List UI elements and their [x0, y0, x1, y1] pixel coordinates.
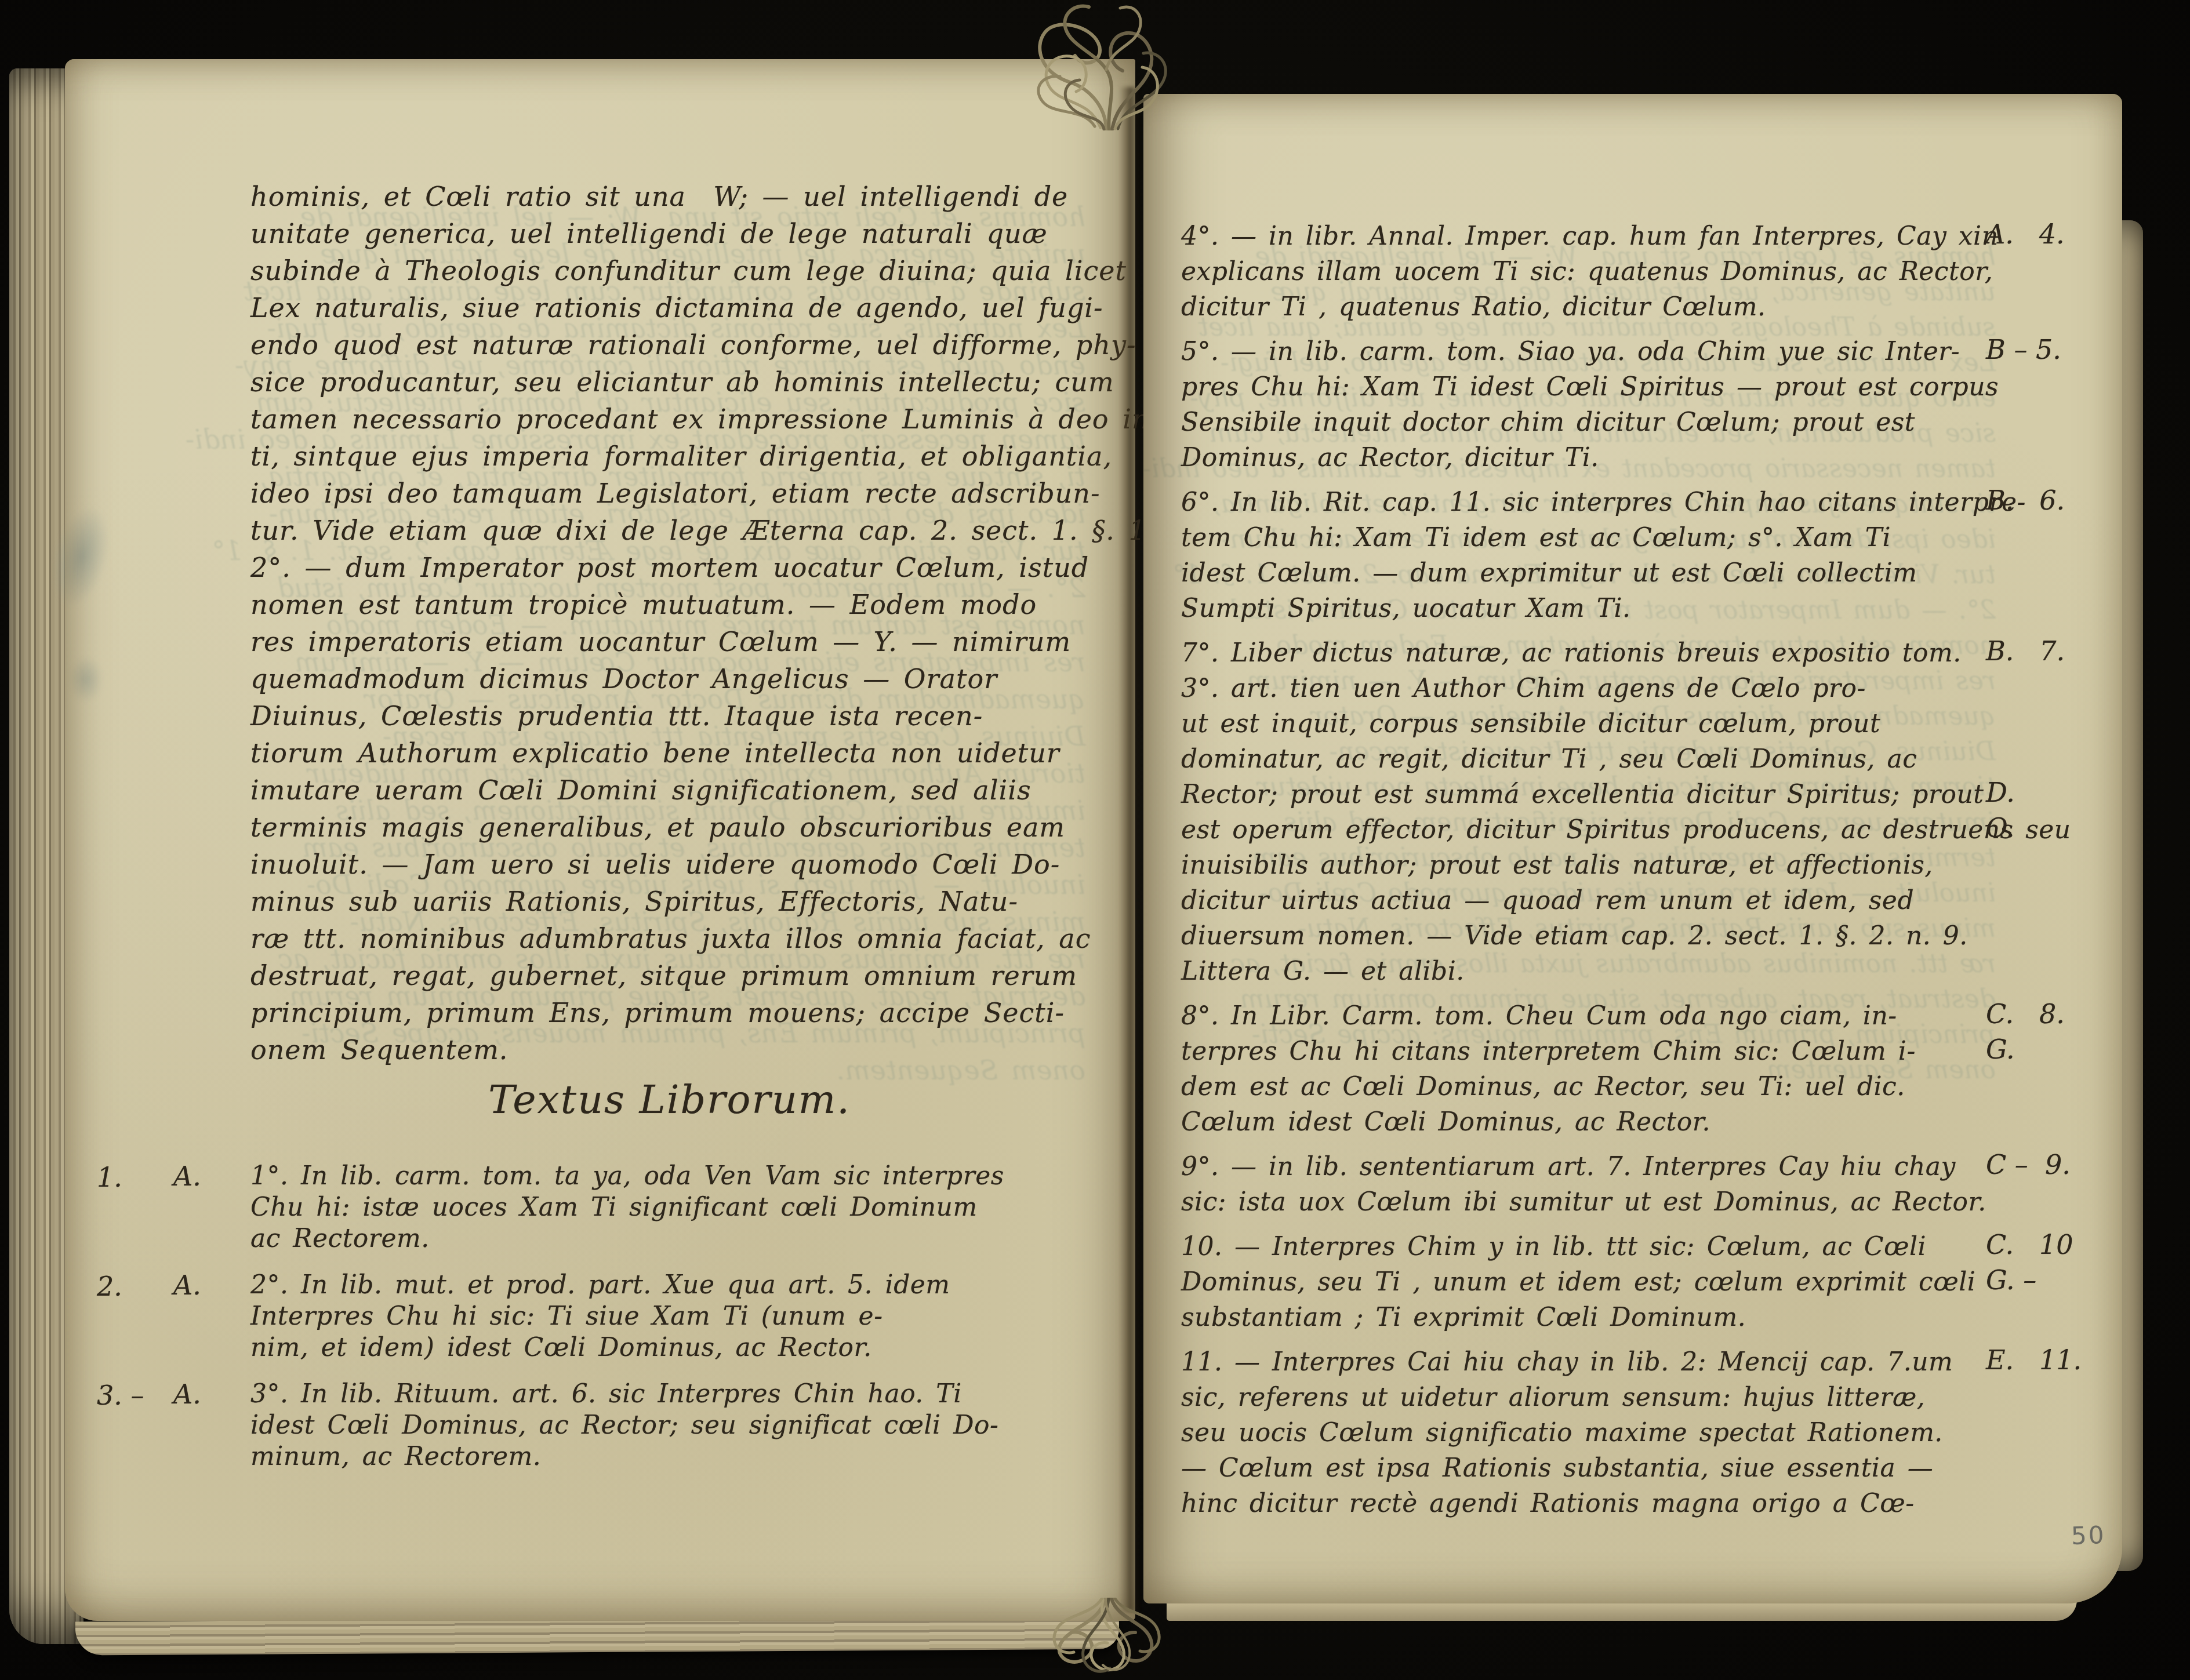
entry-text: 4°. — in libr. Annal. Imper. cap. hum fa… — [1181, 219, 1993, 325]
list-item-text: 1°. In lib. carm. tom. ta ya, oda Ven Va… — [250, 1161, 1094, 1254]
margin-letter: A. — [173, 1161, 201, 1192]
entry-text: 9°. — in lib. sententiarum art. 7. Inter… — [1181, 1149, 1993, 1220]
bottom-page-edges-left — [75, 1616, 1119, 1656]
paper-stain-small — [68, 656, 103, 703]
entry-text: 7°. Liber dictus naturæ, ac rationis bre… — [1181, 635, 1993, 989]
margin-number: 3. – — [97, 1380, 144, 1411]
margin-annotation: G. – — [1986, 1264, 2125, 1296]
margin-annotation: A. 4. — [1986, 219, 2125, 250]
entry-7: 7°. Liber dictus naturæ, ac rationis bre… — [1181, 635, 1993, 989]
margin-letter: A. — [173, 1379, 201, 1410]
entry-8: 8°. In Libr. Carm. tom. Cheu Cum oda ngo… — [1181, 998, 1993, 1140]
entry-text: 10. — Interpres Chim y in lib. ttt sic: … — [1181, 1229, 1993, 1335]
manuscript-book-scan: hominis, et Cœli ratio sit una W; — uel … — [0, 0, 2190, 1680]
margin-annotation: B – 5. — [1986, 334, 2125, 365]
right-page: hominis, et Cœli ratio sit una W; — uel … — [1143, 94, 2122, 1603]
margin-number: 1. — [97, 1162, 122, 1193]
entry-text: 11. — Interpres Cai hiu chay in lib. 2: … — [1181, 1344, 1993, 1521]
pencil-page-number: 50 — [2071, 1521, 2106, 1550]
left-page: hominis, et Cœli ratio sit una W; — uel … — [65, 59, 1135, 1621]
list-item-text: 3°. In lib. Rituum. art. 6. sic Interpre… — [250, 1379, 1094, 1472]
margin-annotation: B. 6. — [1986, 485, 2125, 516]
list-item-text: 2°. In lib. mut. et prod. part. Xue qua … — [250, 1270, 1094, 1363]
margin-annotation: O. — [1986, 812, 2125, 843]
margin-number: 2. — [97, 1271, 122, 1302]
section-heading: Textus Librorum. — [250, 1077, 1088, 1123]
left-page-numbered-list: 1. A. 1°. In lib. carm. tom. ta ya, oda … — [97, 1161, 1094, 1488]
list-item: 1. A. 1°. In lib. carm. tom. ta ya, oda … — [97, 1161, 1094, 1254]
entry-text: 6°. In lib. Rit. cap. 11. sic interpres … — [1181, 485, 1993, 626]
entry-9: 9°. — in lib. sententiarum art. 7. Inter… — [1181, 1149, 1993, 1220]
entry-11: 11. — Interpres Cai hiu chay in lib. 2: … — [1181, 1344, 1993, 1521]
left-page-body-text: hominis, et Cœli ratio sit una W; — uel … — [250, 178, 1097, 1068]
list-item: 3. – A. 3°. In lib. Rituum. art. 6. sic … — [97, 1379, 1094, 1472]
margin-annotation: C. 8. — [1986, 998, 2125, 1030]
binding-gutter-crease — [1119, 87, 1139, 1612]
margin-annotation: B. 7. — [1986, 635, 2125, 667]
entry-6: 6°. In lib. Rit. cap. 11. sic interpres … — [1181, 485, 1993, 626]
entry-text: 8°. In Libr. Carm. tom. Cheu Cum oda ngo… — [1181, 998, 1993, 1140]
list-item: 2. A. 2°. In lib. mut. et prod. part. Xu… — [97, 1270, 1094, 1363]
margin-annotation: C. 10 — [1986, 1229, 2125, 1260]
margin-annotation: G. — [1986, 1034, 2125, 1065]
entry-4: 4°. — in libr. Annal. Imper. cap. hum fa… — [1181, 219, 1993, 325]
margin-annotation: E. 11. — [1986, 1344, 2125, 1376]
margin-letter: A. — [173, 1270, 201, 1301]
right-page-entries: 4°. — in libr. Annal. Imper. cap. hum fa… — [1181, 219, 1993, 1530]
margin-annotation: C – 9. — [1986, 1149, 2125, 1180]
entry-text: 5°. — in lib. carm. tom. Siao ya. oda Ch… — [1181, 334, 1993, 475]
margin-annotation: D. — [1986, 777, 2125, 808]
entry-5: 5°. — in lib. carm. tom. Siao ya. oda Ch… — [1181, 334, 1993, 475]
entry-10: 10. — Interpres Chim y in lib. ttt sic: … — [1181, 1229, 1993, 1335]
